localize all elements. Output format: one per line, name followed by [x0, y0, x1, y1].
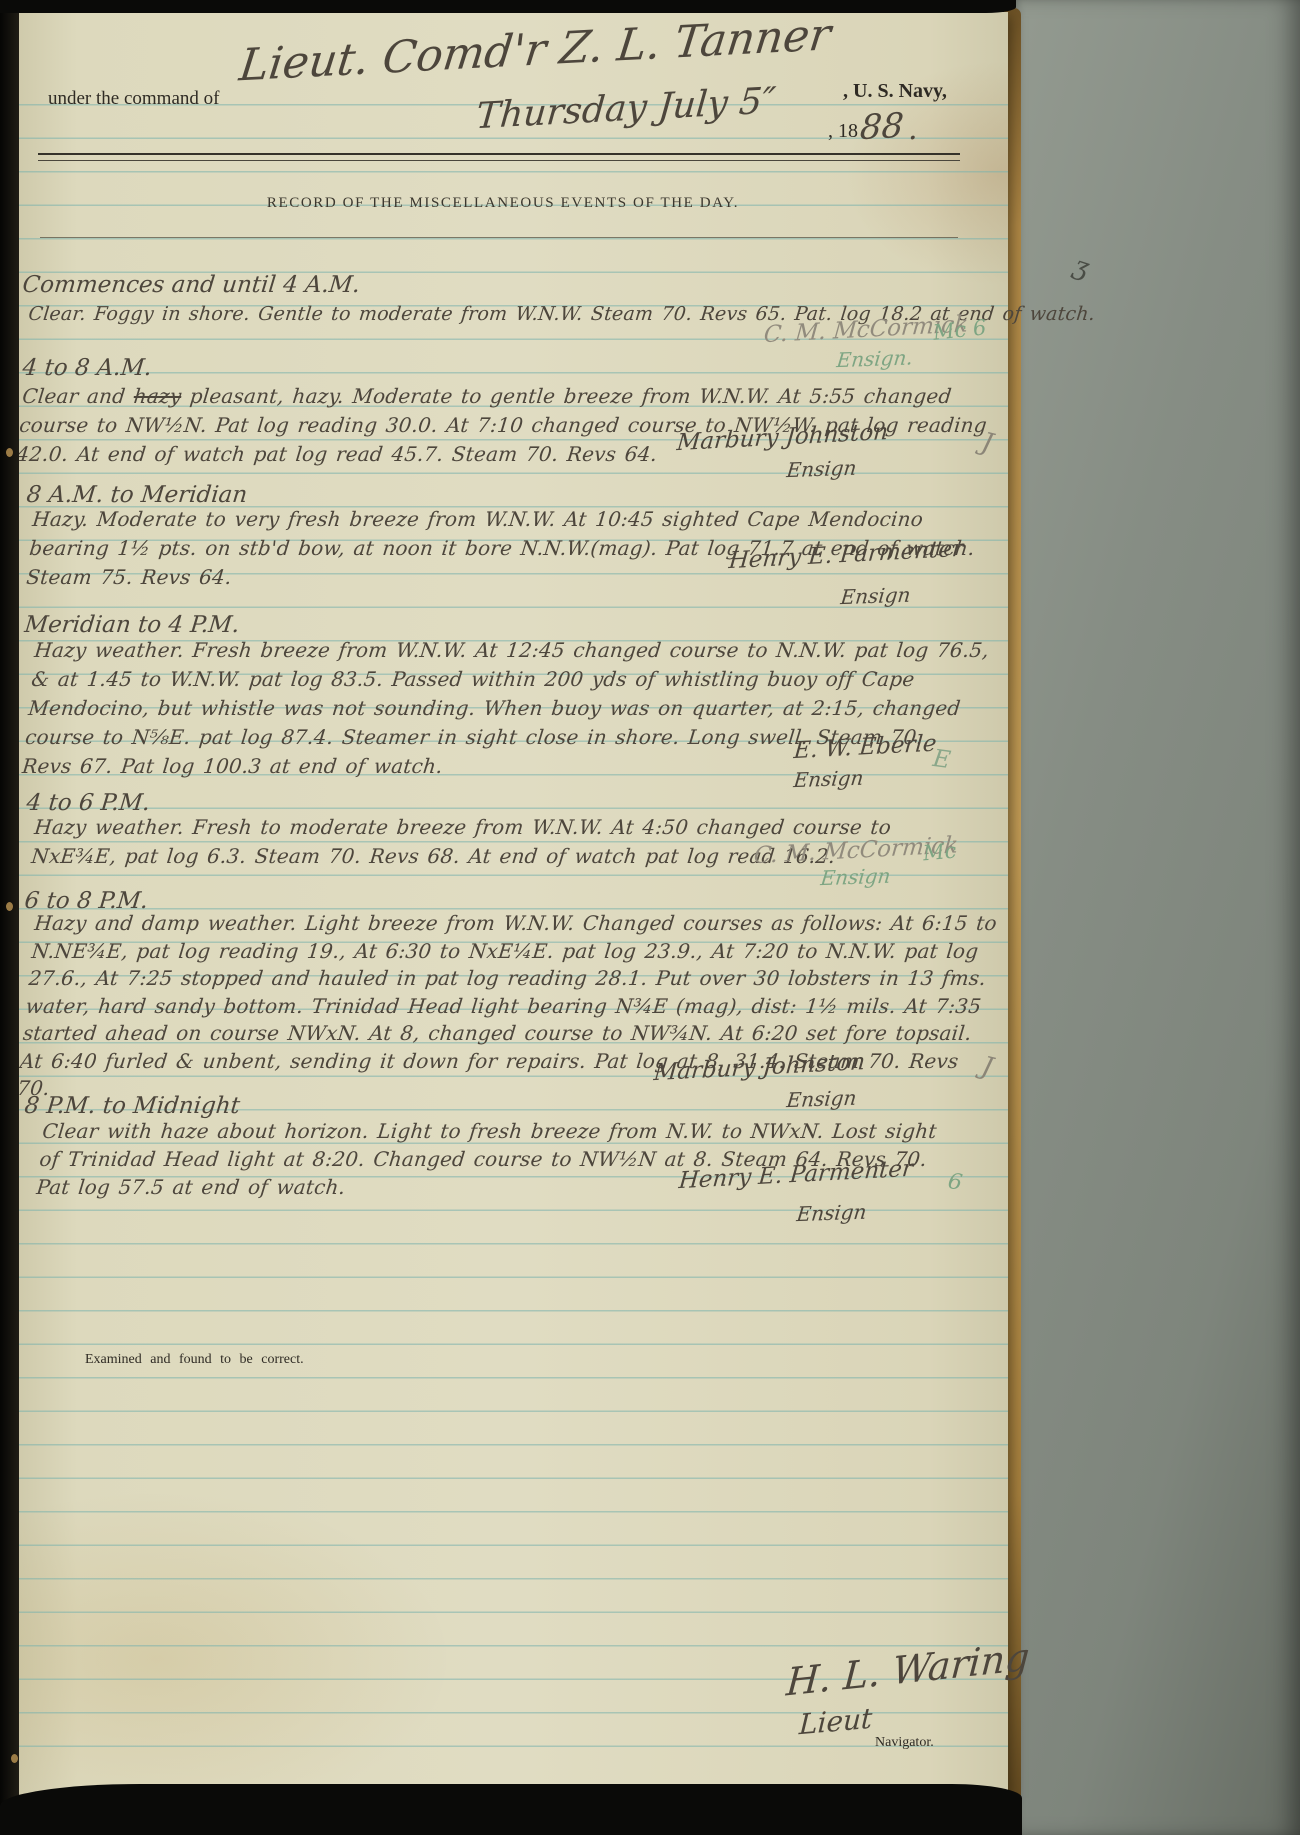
section-heading: Meridian to 4 P.M. [23, 612, 240, 638]
navigator-rank: Lieut [798, 1702, 873, 1742]
header-rule [38, 153, 960, 161]
section-heading: Commences and until 4 A.M. [21, 272, 361, 298]
margin-mark: E [931, 744, 952, 774]
binding-edge [0, 0, 19, 1835]
signature-rank: Ensign [792, 766, 864, 793]
navigator-label: Navigator. [875, 1735, 934, 1751]
examined-label: Examined and found to be correct. [85, 1352, 304, 1368]
signature-rank: Ensign [819, 864, 891, 891]
signature-rank: Ensign [785, 456, 857, 483]
signature-rank: Ensign [795, 1200, 867, 1227]
year-period: . [908, 112, 918, 147]
section-body: Clear with haze about horizon. Light to … [35, 1117, 959, 1201]
printed-year-label: , 18 [828, 120, 858, 143]
logbook-page: under the command of Lieut. Comd'r Z. L.… [18, 12, 1008, 1802]
title-rule [40, 237, 958, 238]
page-title: RECORD OF THE MISCELLANEOUS EVENTS OF TH… [18, 195, 988, 212]
signature-rank: Ensign [785, 1086, 857, 1113]
struck-word: hazy [133, 384, 183, 408]
commander-signature: Lieut. Comd'r Z. L. Tanner [237, 9, 834, 91]
scan-edge-bottom [0, 1784, 1022, 1835]
binding-hole [11, 1754, 18, 1763]
section-heading: 8 P.M. to Midnight [23, 1093, 241, 1119]
printed-command-label: under the command of [48, 88, 219, 110]
binding-hole [6, 902, 13, 911]
signature-rank: Ensign. [835, 345, 914, 372]
margin-note: Mc [922, 839, 957, 866]
binding-hole [6, 448, 13, 457]
printed-navy-label: , U. S. Navy, [843, 80, 947, 103]
ink-squiggle-mark: ʒ [1070, 250, 1093, 283]
logbook-scan: ʒ under the command of Lieut. Comd'r Z. … [0, 0, 1300, 1835]
body-text: Clear and [21, 384, 135, 408]
book-cover: ʒ [1012, 0, 1300, 1835]
year-signature: 88 [858, 106, 905, 149]
signature-rank: Ensign [839, 583, 911, 610]
scan-edge-top [0, 0, 1016, 13]
section-heading: 4 to 8 A.M. [21, 355, 153, 381]
